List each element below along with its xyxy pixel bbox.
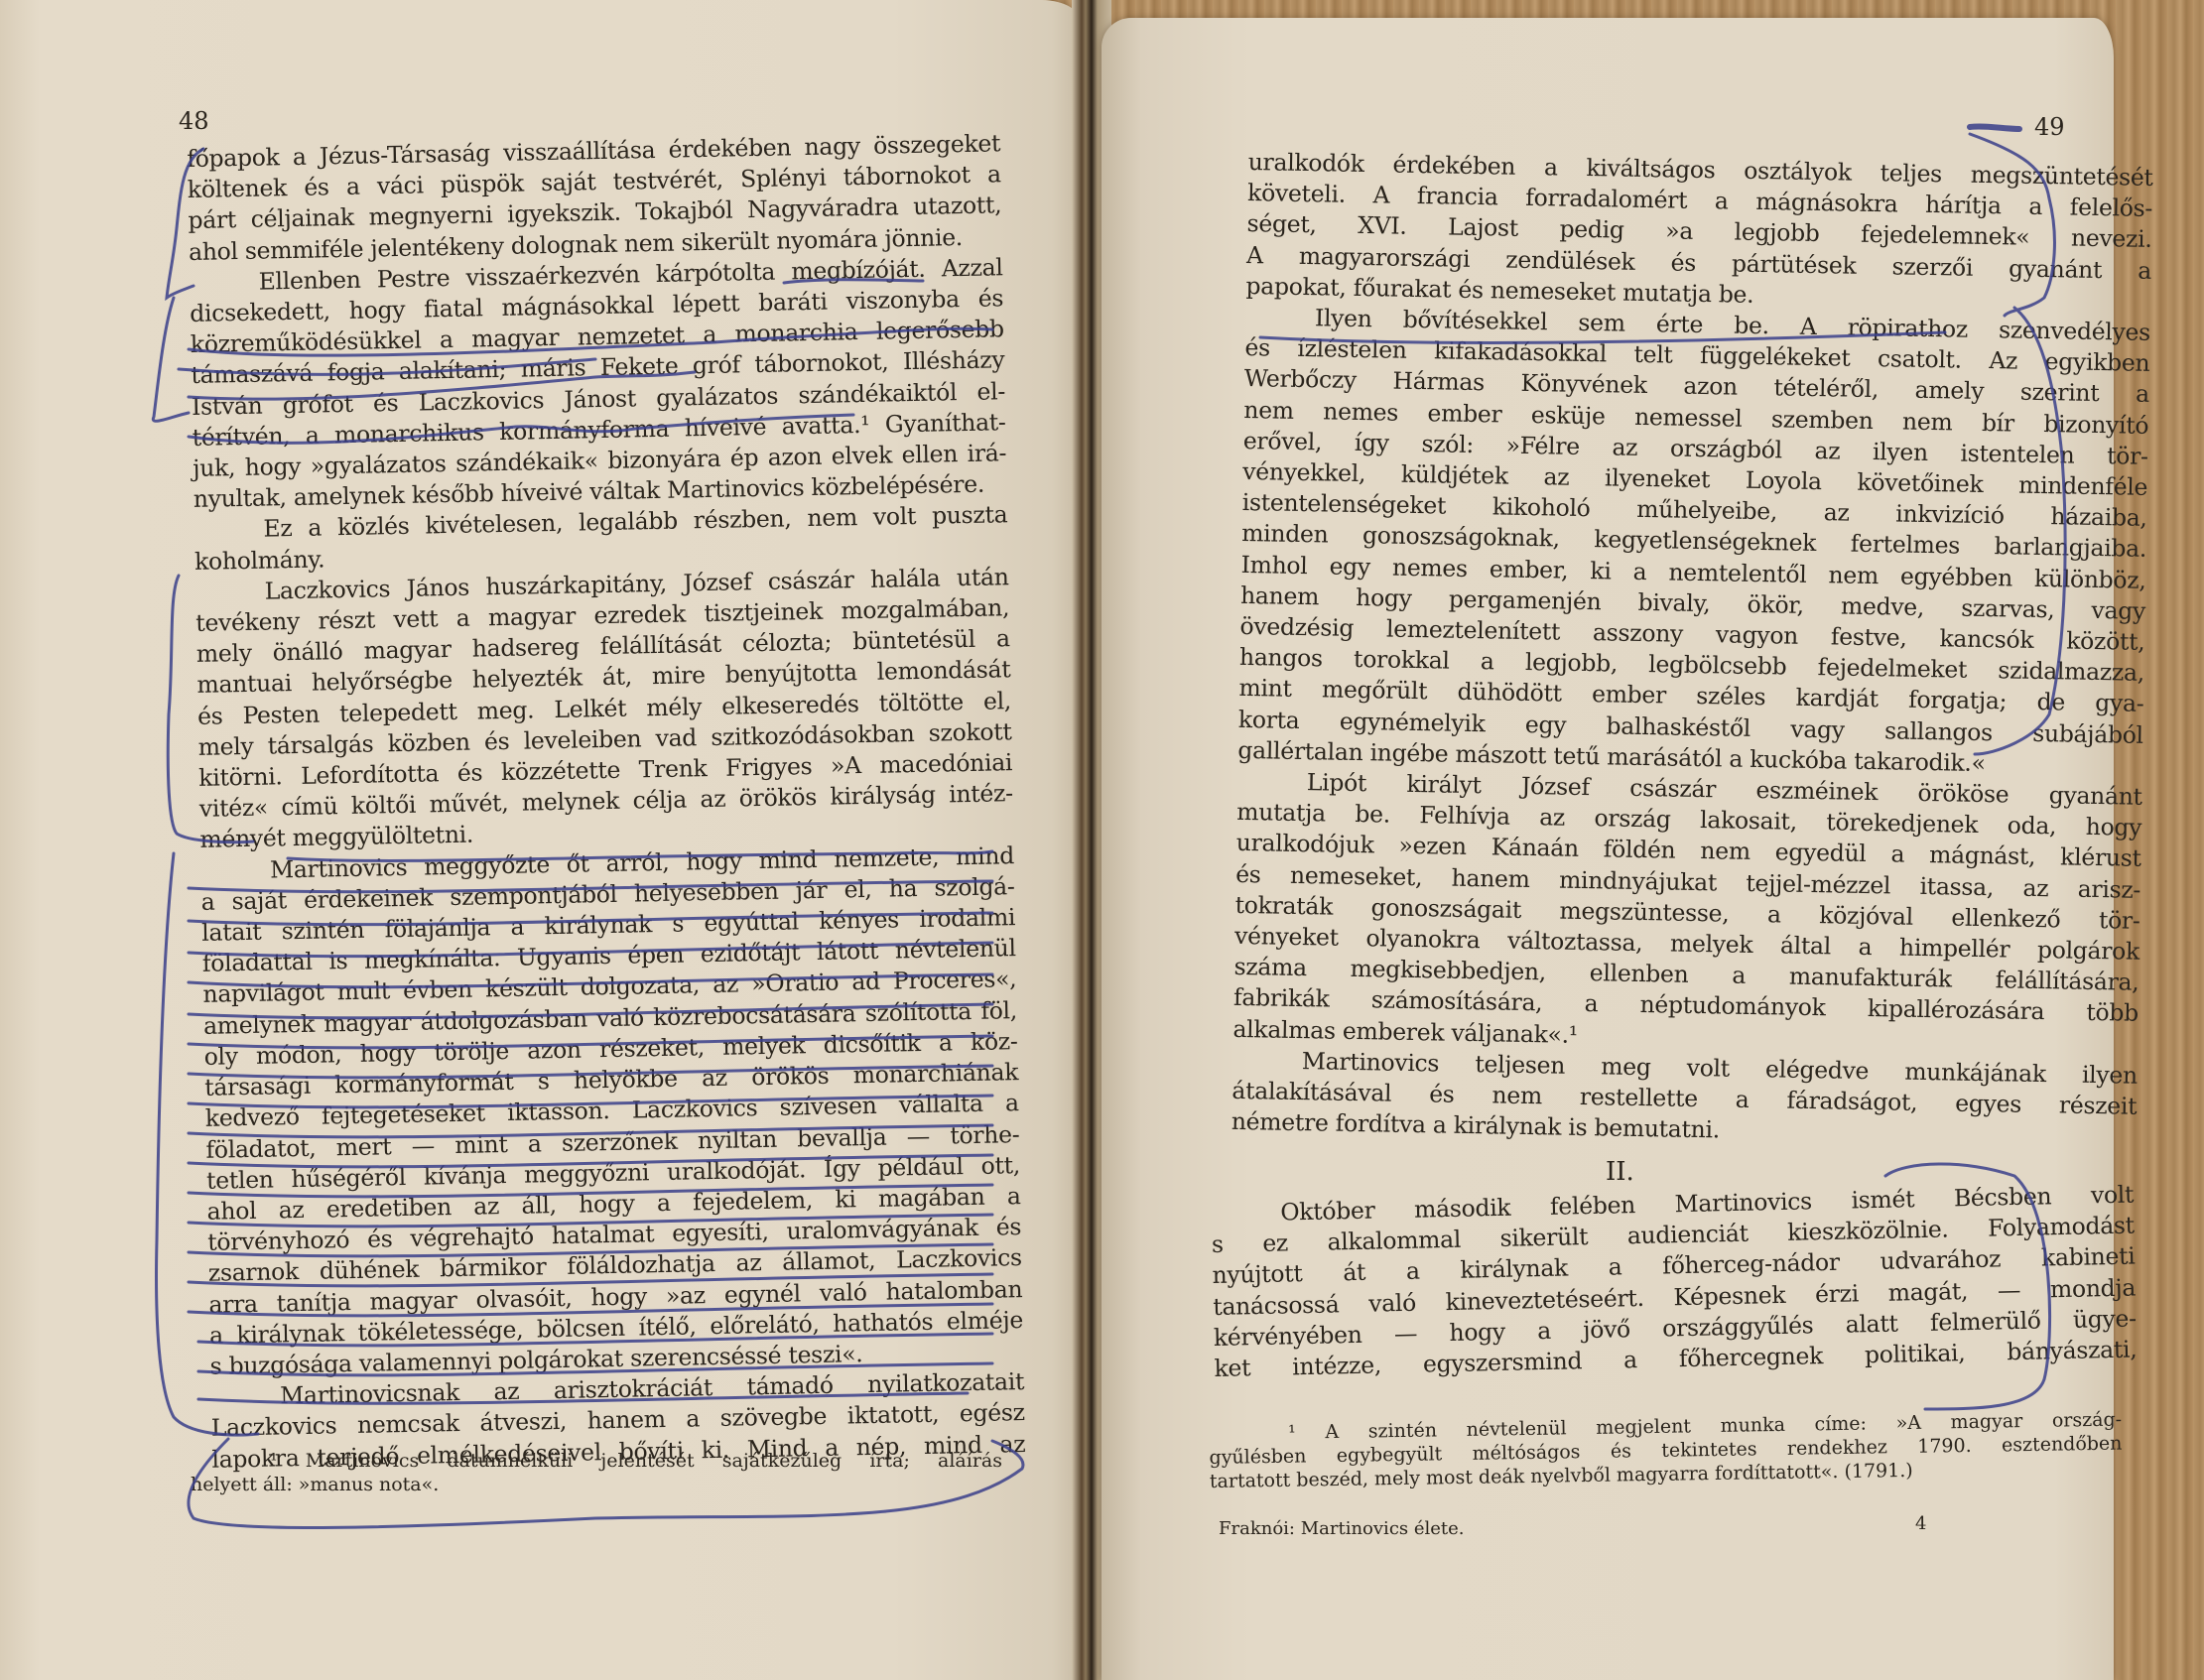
left-page-body-text: főpapok a Jézus-Társaság visszaállítása … xyxy=(187,128,1026,1475)
printer-signature-title: Fraknói: Martinovics élete. xyxy=(1219,1518,1465,1539)
section-ii-text: Október második felében Martinovics ismé… xyxy=(1211,1180,2138,1385)
printer-signature-number: 4 xyxy=(1915,1513,1926,1534)
text-line: helyett áll: »manus nota«. xyxy=(191,1473,1002,1496)
left-page-footnote: ¹ Martinovics dátumnélküli jelentését sa… xyxy=(191,1449,1002,1496)
right-page-body-text: uralkodók érdekében a kiváltságos osztál… xyxy=(1232,147,2153,1153)
right-page-footnote: ¹ A szintén névtelenül megjelent munka c… xyxy=(1209,1408,2123,1493)
text-line: ¹ Martinovics dátumnélküli jelentését sa… xyxy=(191,1449,1002,1473)
section-heading: II. xyxy=(1606,1157,1634,1187)
right-page: 49 uralkodók érdekében a kiváltságos osz… xyxy=(1102,18,2114,1680)
page-number-left: 48 xyxy=(179,107,209,135)
left-page: 48 főpapok a Jézus-Társaság visszaállítá… xyxy=(0,0,1082,1680)
page-number-right: 49 xyxy=(2034,113,2065,141)
